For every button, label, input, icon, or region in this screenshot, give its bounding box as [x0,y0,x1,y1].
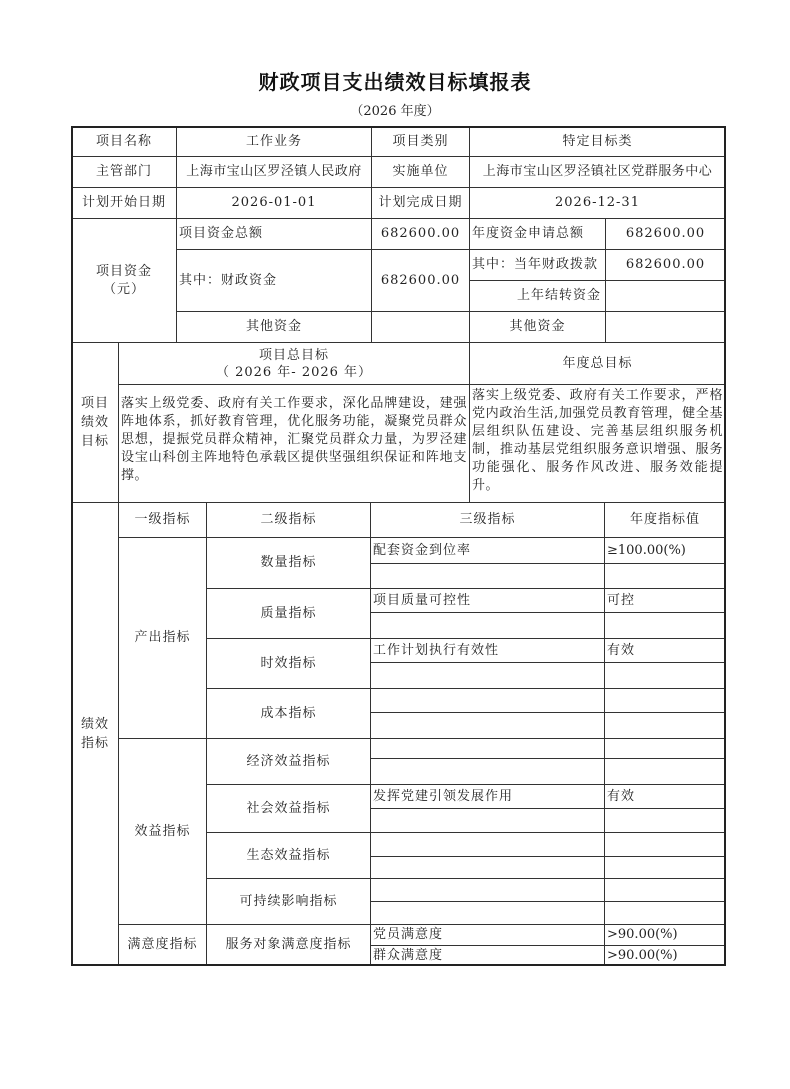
funds-section-label: 项目资金 （元） [71,218,177,343]
end-date-value: 2026-12-31 [469,187,726,219]
annual-total-label: 年度资金申请总额 [469,218,606,250]
indicator-name [370,901,605,925]
indicator-value [604,878,726,902]
level2-timeliness: 时效指标 [206,638,371,689]
indicator-value [604,662,726,689]
indicator-value: >90.00(%) [604,945,726,966]
level1-benefit: 效益指标 [118,738,207,925]
indicator-name: 项目质量可控性 [370,588,605,613]
level2-ecological-benefit: 生态效益指标 [206,832,371,879]
indicator-value [604,758,726,785]
header-annual-value: 年度指标值 [604,502,726,538]
dept-label: 主管部门 [71,156,177,188]
indicator-name [370,612,605,639]
overall-goal-header-line1: 项目总目标 [259,347,329,364]
indicator-value [604,712,726,739]
start-date-label: 计划开始日期 [71,187,177,219]
carryover-label: 上年结转资金 [469,280,606,312]
indicator-value [604,856,726,879]
annual-other-value [605,311,726,343]
fiscal-funds-value: 682600.00 [371,249,470,312]
indicator-name [370,808,605,833]
overall-goal-header-line2: （ 2026 年- 2026 年） [216,364,372,381]
indicator-value [604,738,726,759]
overall-goal-text: 落实上级党委、政府有关工作要求，深化品牌建设，建强阵地体系，抓好教育管理，优化服… [118,384,470,503]
project-name-value: 工作业务 [176,126,372,157]
indicator-name [370,738,605,759]
total-funds-label: 项目资金总额 [176,218,372,250]
level2-quantity: 数量指标 [206,537,371,589]
indicator-name [370,662,605,689]
indicator-value [604,563,726,589]
indicator-value: ≥100.00(%) [604,537,726,564]
other-funds-label: 其他资金 [176,311,372,343]
impl-unit-label: 实施单位 [371,156,470,188]
level1-output: 产出指标 [118,537,207,739]
indicator-name: 群众满意度 [370,945,605,966]
annual-goal-text: 落实上级党委、政府有关工作要求，严格党内政治生活,加强党员教育管理，健全基层组织… [469,384,726,503]
header-level3: 三级指标 [370,502,605,538]
level2-cost: 成本指标 [206,688,371,739]
goals-section-label: 项目绩效目标 [71,342,119,503]
level2-sustainability: 可持续影响指标 [206,878,371,925]
funds-label-line2: （元） [103,281,145,299]
indicator-name: 工作计划执行有效性 [370,638,605,663]
header-level2: 二级指标 [206,502,371,538]
annual-other-label: 其他资金 [469,311,606,343]
other-funds-value [371,311,470,343]
level2-economic-benefit: 经济效益指标 [206,738,371,785]
form-year: （2026 年度） [0,100,790,119]
indicator-name [370,832,605,857]
indicators-section-label: 绩效指标 [71,502,119,966]
indicator-name [370,712,605,739]
indicator-name: 党员满意度 [370,924,605,946]
level2-social-benefit: 社会效益指标 [206,784,371,833]
funds-label-line1: 项目资金 [96,263,152,281]
indicator-value [604,901,726,925]
indicator-name: 配套资金到位率 [370,537,605,564]
impl-unit-value: 上海市宝山区罗泾镇社区党群服务中心 [469,156,726,188]
header-level1: 一级指标 [118,502,207,538]
indicator-name [370,856,605,879]
indicator-value [604,612,726,639]
project-category-value: 特定目标类 [469,126,726,157]
total-funds-value: 682600.00 [371,218,470,250]
level1-satisfaction: 满意度指标 [118,924,207,966]
level2-quality: 质量指标 [206,588,371,639]
overall-goal-header: 项目总目标 （ 2026 年- 2026 年） [118,342,470,385]
indicator-name [370,688,605,713]
indicator-value: 可控 [604,588,726,613]
project-category-label: 项目类别 [371,126,470,157]
indicator-name [370,758,605,785]
indicator-name: 发挥党建引领发展作用 [370,784,605,809]
level2-service-satisfaction: 服务对象满意度指标 [206,924,371,966]
carryover-value [605,280,726,312]
indicator-value: 有效 [604,638,726,663]
annual-total-value: 682600.00 [605,218,726,250]
current-fiscal-label: 其中：当年财政拨款 [469,249,606,281]
indicator-name [370,878,605,902]
indicator-value [604,808,726,833]
project-name-label: 项目名称 [71,126,177,157]
indicator-value: 有效 [604,784,726,809]
form-title: 财政项目支出绩效目标填报表 [0,66,790,95]
current-fiscal-value: 682600.00 [605,249,726,281]
indicator-name [370,563,605,589]
end-date-label: 计划完成日期 [371,187,470,219]
start-date-value: 2026-01-01 [176,187,372,219]
indicator-value: >90.00(%) [604,924,726,946]
annual-goal-header: 年度总目标 [469,342,726,385]
fiscal-funds-label: 其中：财政资金 [176,249,372,312]
indicator-value [604,688,726,713]
dept-value: 上海市宝山区罗泾镇人民政府 [176,156,372,188]
indicator-value [604,832,726,857]
